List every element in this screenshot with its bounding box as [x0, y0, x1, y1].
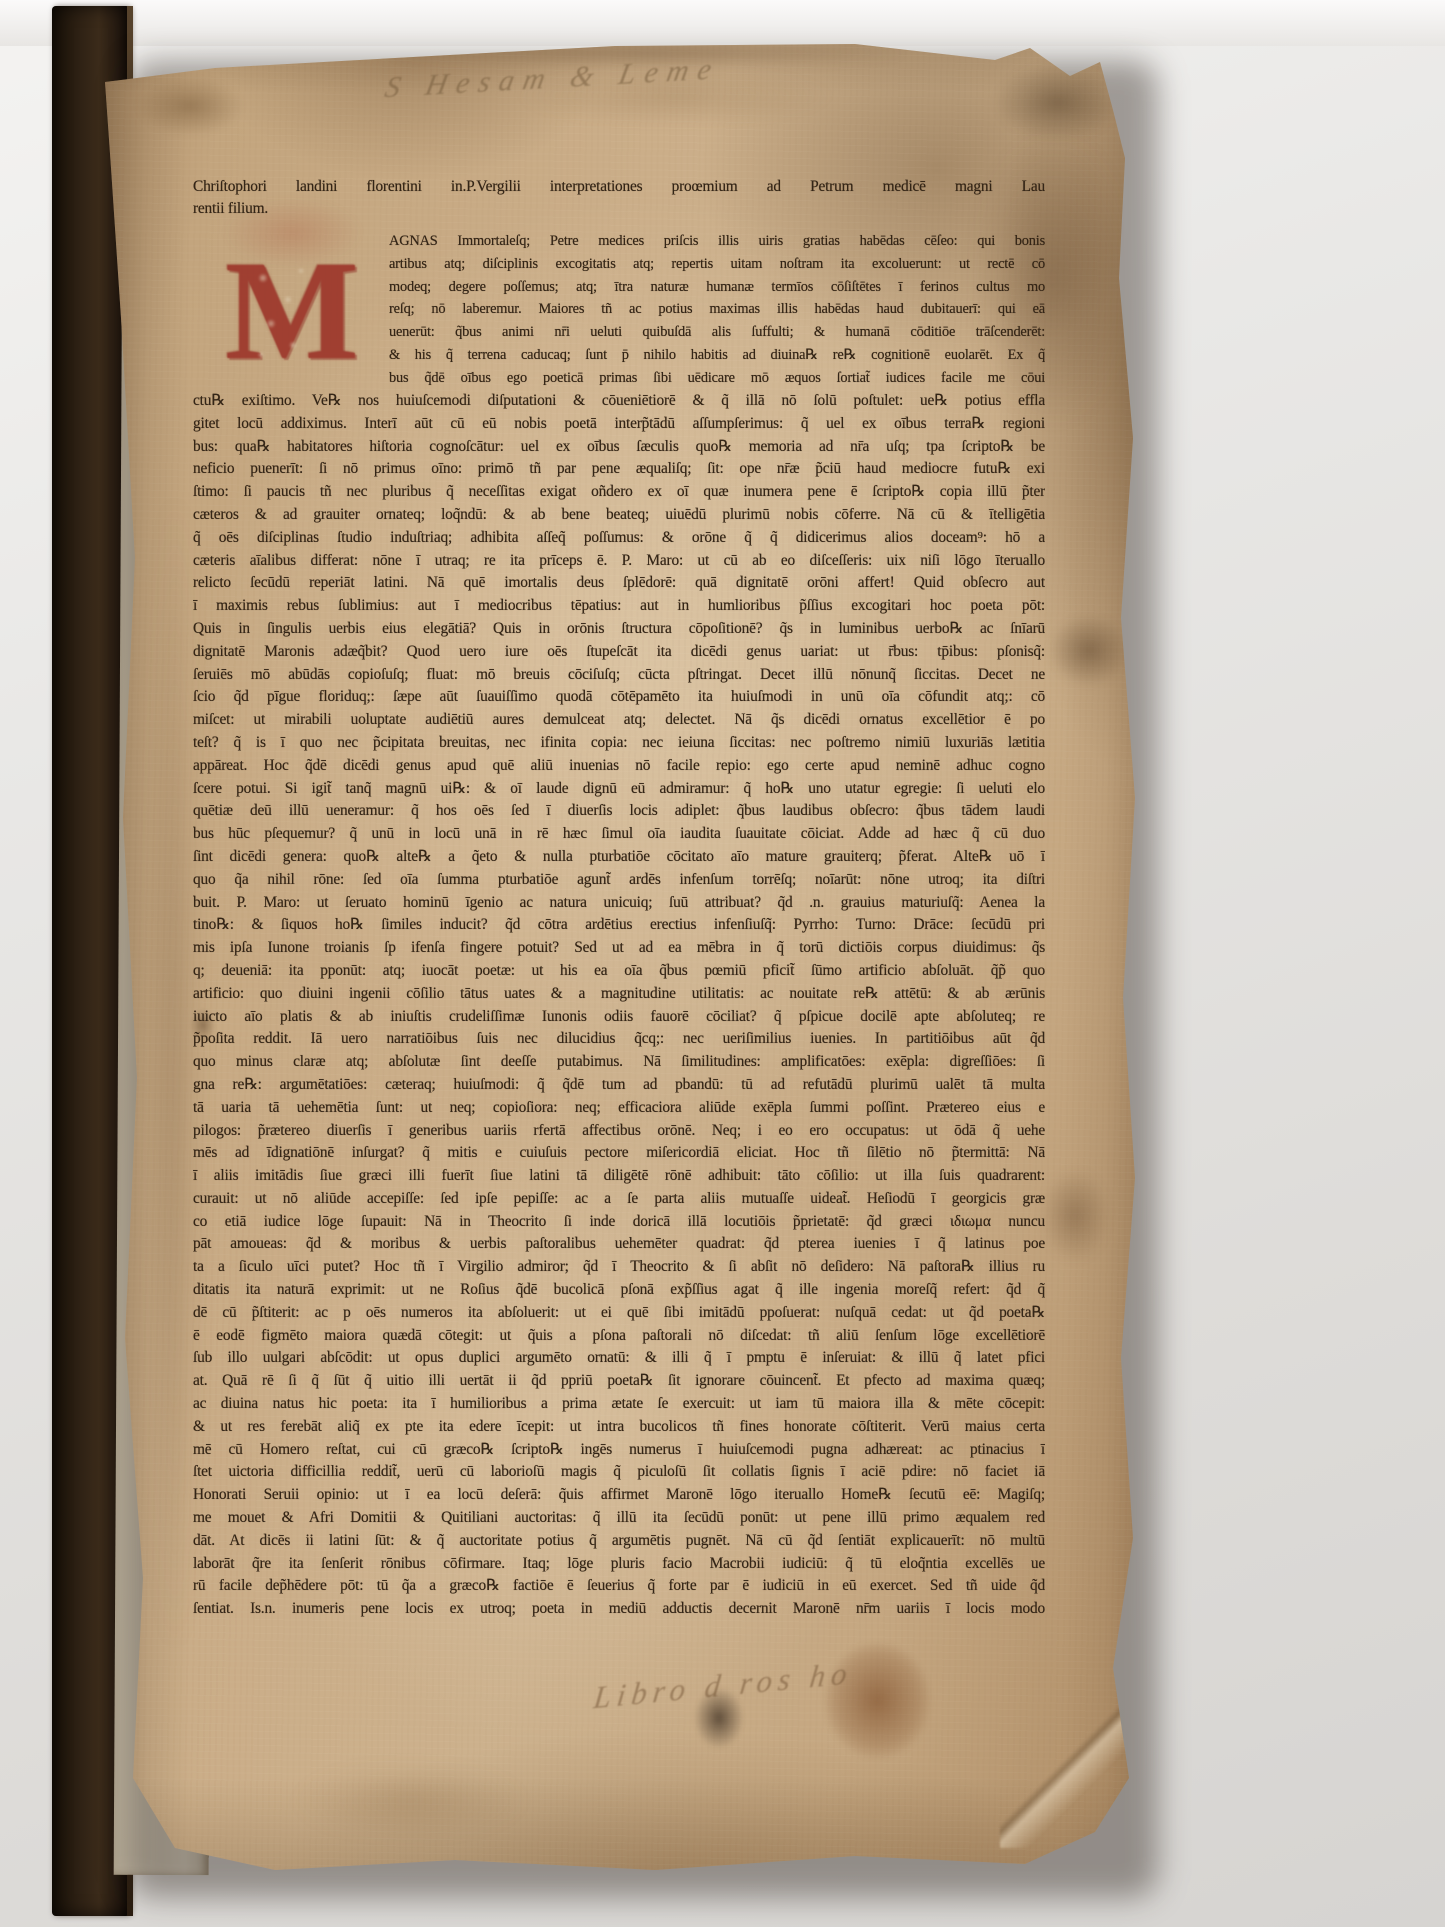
text-line: appāreat. Hoc q̃dē dicēdi genus apud quē… [193, 755, 1045, 778]
text-line: at. Quā rē ſi q̃ ſūt q̃ uitio illi uertā… [193, 1370, 1045, 1393]
text-line: AGNAS Immortaleſq; Petre medices priſcis… [389, 230, 1045, 253]
text-line: ſcio q̃d pīgue floriduq;: ſæpe aūt ſuaui… [193, 686, 1045, 709]
text-line: rentii filium. [193, 198, 1045, 220]
stain [295, 1763, 525, 1838]
text-line: pāt amoueas: q̃d & moribus & uerbis paſt… [193, 1233, 1045, 1256]
opening-paragraph: M AGNAS Immortaleſq; Petre medices priſc… [193, 230, 1045, 390]
stain [1040, 1168, 1110, 1263]
text-line: gna re℞: argumētatiōes: cæteraq; huiuſmo… [193, 1074, 1045, 1097]
text-line: me mouet & Afri Domitii & Quitiliani auc… [193, 1507, 1045, 1530]
text-line: dāt. At dicēs ii latini ſūt: & q̃ auctor… [193, 1530, 1045, 1553]
text-line: cæteros & ad grauiter ornateq; loq̃ndū: … [193, 504, 1045, 527]
text-line: neficio puenerīt: ſi nō primus oīno: pri… [193, 458, 1045, 481]
text-line: artibus atq; diſciplinis excogitatis atq… [389, 253, 1045, 276]
decorated-initial-M: M [193, 230, 389, 390]
handwritten-inscription-top: S Hesam & Leme [382, 45, 848, 105]
stain [1047, 613, 1132, 688]
text-line: teſt? q̃ is ī quo nec p̃cipitata breuita… [193, 732, 1045, 755]
text-line: ac diuina natus hic poeta: ita ī humilio… [193, 1393, 1045, 1416]
text-line: relicto ſecūdū reperiāt latini. Nā quē i… [193, 572, 1045, 595]
text-line: ſub illo uulgari abſcōdit: ut opus dupli… [193, 1347, 1045, 1370]
text-line: artificio: quo diuini ingenii cōſilio tā… [193, 983, 1045, 1006]
text-line: ctu℞ exiſtimo. Ve℞ nos huiuſcemodi diſpu… [193, 390, 1045, 413]
printed-text-block: Chriſtophori landini florentini in.P.Ver… [193, 176, 1045, 1621]
body-text: ctu℞ exiſtimo. Ve℞ nos huiuſcemodi diſpu… [193, 390, 1045, 1621]
text-line: tino℞: & ſiquos ho℞ ſimiles inducit? q̃d… [193, 914, 1045, 937]
text-line: buit. P. Maro: ut ſeruato hominū īgenio … [193, 892, 1045, 915]
text-line: ſtet uictoria difficillia reddit̃, uerū … [193, 1461, 1045, 1484]
handwritten-inscription-bottom: Libro d ros ho [592, 1644, 974, 1717]
text-line: cæteris aīalibus differat: nōne ī utraq;… [193, 550, 1045, 573]
photo-backdrop [0, 0, 1445, 46]
text-line: bus: qua℞ habitatores hiſtoria cognoſcāt… [193, 436, 1045, 459]
text-line: Quis in ſingulis uerbis eius elegātiā? Q… [193, 618, 1045, 641]
text-line: curauit: ut nō aliūde accepiſſe: ſed ipſ… [193, 1188, 1045, 1211]
text-line: ſeruiēs mō abūdās copioſuſq; fluat: mō b… [193, 664, 1045, 687]
text-line: bus q̃dē oībus ego poeticā primas ſibi u… [389, 367, 1045, 390]
text-line: ſint dicēdi genera: quo℞ alte℞ a q̃eto &… [193, 846, 1045, 869]
text-line: quo minus claræ atq; abſolutæ ſint deeſſ… [193, 1051, 1045, 1074]
text-line: laborāt q̃re ita ſenſerit rōnibus cōfirm… [193, 1553, 1045, 1576]
text-line: pilogos: p̃rætereo diuerſis ī generibus … [193, 1120, 1045, 1143]
chapter-heading: Chriſtophori landini florentini in.P.Ver… [193, 176, 1045, 220]
text-line: uenerūt: q̃bus animi nr̄i ueluti quibuſd… [389, 321, 1045, 344]
text-line: tā uaria tā uehemētia ſunt: ut neq; copi… [193, 1097, 1045, 1120]
text-line: mē cū Homero reſtat, cui cū græco℞ ſcrip… [193, 1439, 1045, 1462]
text-line: gitet locū addiximus. Interī aūt cū eū n… [193, 413, 1045, 436]
opening-lines: AGNAS Immortaleſq; Petre medices priſcis… [389, 230, 1045, 390]
text-line: & ut res ferebāt aliq̃ ex pte ita edere … [193, 1416, 1045, 1439]
text-line: ī maximis rebus ſublimius: aut ī mediocr… [193, 595, 1045, 618]
text-line: ī aliis imitādis ſiue græci illi fuerīt … [193, 1165, 1045, 1188]
text-line: p̃poſita reddit. Iā uero narratiōibus ſu… [193, 1028, 1045, 1051]
text-line: ſentiat. Is.n. inumeris pene locis ex ut… [193, 1598, 1045, 1621]
text-line: ē eodē figmēto maiora quædā cōtegit: ut … [193, 1325, 1045, 1348]
text-line: ſtimo: ſi paucis tñ nec pluribus q̃ nece… [193, 481, 1045, 504]
text-line: Honorati Seruii opinio: ut ī ea locū deſ… [193, 1484, 1045, 1507]
text-line: modeq; degere poſſemus; atq; ītra naturæ… [389, 276, 1045, 299]
text-line: co etiā iudice lōge ſupauit: Nā in Theoc… [193, 1211, 1045, 1234]
text-line: bus hūc pſequemur? q̃ unū in locū unā in… [193, 823, 1045, 846]
text-line: reſq; nō laberemur. Maiores tñ ac potius… [389, 298, 1045, 321]
text-line: ſcere potui. Si igit̃ tanq̃ magnū ui℞: &… [193, 778, 1045, 801]
text-line: ditatis ita naturā exprimit: ut ne Roſiu… [193, 1279, 1045, 1302]
photo-scene: S Hesam & Leme Chriſtophori landini flor… [0, 0, 1445, 1927]
text-line: miſcet: ut mirabili uoluptate audiētiū a… [193, 709, 1045, 732]
text-line: dē cū p̃ſtiterit: ac p oēs numeros ita a… [193, 1302, 1045, 1325]
text-line: & his q̃ terrena caducaq; ſunt p̄ nihilo… [389, 344, 1045, 367]
stain [135, 76, 245, 136]
text-line: quo q̃a nihil rōne: ſed oīa ſumma pturba… [193, 869, 1045, 892]
text-line: mēs ad īdignatiōnē inſurgat? q̃ mitis e … [193, 1142, 1045, 1165]
text-line: ta a ſiculo uīci putet? Hoc tñ ī Virgili… [193, 1256, 1045, 1279]
text-line: q; deueniā: ita pponūt: atq; iuocāt poet… [193, 960, 1045, 983]
text-line: rū facile dep̃hēdere pōt: tū q̃a a græco… [193, 1575, 1045, 1598]
text-line: quētiæ deū illū ueneramur: q̃ hos oēs ſe… [193, 800, 1045, 823]
incunable-page: S Hesam & Leme Chriſtophori landini flor… [95, 18, 1147, 1890]
text-line: mis ipſa Iunone troianis ſp ifenſa finge… [193, 937, 1045, 960]
text-line: dignitatē Maronis adæq̃bit? Quod uero iu… [193, 641, 1045, 664]
initial-ornament [233, 254, 333, 374]
text-line: iuicto aīo platis & ab iniuſtis crudeliſ… [193, 1006, 1045, 1029]
text-line: q̃ oēs diſciplinas ſtudio induſtriaq; ad… [193, 527, 1045, 550]
text-line: Chriſtophori landini florentini in.P.Ver… [193, 176, 1045, 198]
